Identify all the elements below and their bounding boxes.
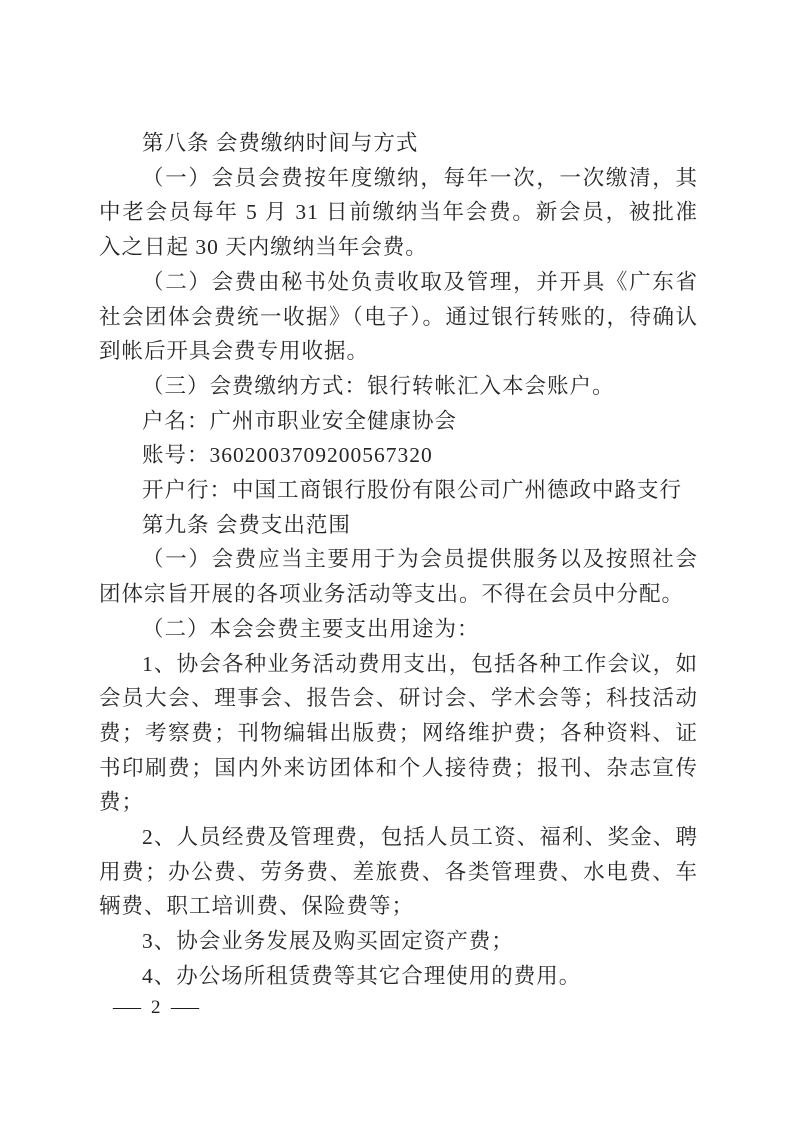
expense-item-4: 4、办公场所租赁费等其它合理使用的费用。 <box>99 959 698 994</box>
bank-branch-line: 开户行：中国工商银行股份有限公司广州德政中路支行 <box>99 473 698 508</box>
article-8-item-3: （三）会费缴纳方式：银行转帐汇入本会账户。 <box>99 369 698 404</box>
document-body: 第八条 会费缴纳时间与方式（一）会员会费按年度缴纳，每年一次，一次缴清，其中老会… <box>99 126 698 994</box>
article-9-heading: 第九条 会费支出范围 <box>99 508 698 543</box>
article-9-item-1: （一）会费应当主要用于为会员提供服务以及按照社会团体宗旨开展的各项业务活动等支出… <box>99 542 698 611</box>
account-name-line: 户名：广州市职业安全健康协会 <box>99 404 698 439</box>
article-8-heading: 第八条 会费缴纳时间与方式 <box>99 126 698 161</box>
expense-item-2: 2、人员经费及管理费，包括人员工资、福利、奖金、聘用费；办公费、劳务费、差旅费、… <box>99 820 698 924</box>
article-9-item-2: （二）本会会费主要支出用途为： <box>99 612 698 647</box>
footer-right-dash: — <box>171 996 199 1019</box>
page-number: 2 <box>151 997 161 1019</box>
article-8-item-1: （一）会员会费按年度缴纳，每年一次，一次缴清，其中老会员每年 5 月 31 日前… <box>99 161 698 265</box>
account-number-line: 账号：3602003709200567320 <box>99 438 698 473</box>
article-8-item-2: （二）会费由秘书处负责收取及管理，并开具《广东省社会团体会费统一收据》（电子）。… <box>99 265 698 369</box>
page-footer: — 2 — <box>117 996 195 1019</box>
expense-item-1: 1、协会各种业务活动费用支出，包括各种工作会议，如会员大会、理事会、报告会、研讨… <box>99 647 698 821</box>
footer-left-dash: — <box>113 996 141 1019</box>
document-page: 第八条 会费缴纳时间与方式（一）会员会费按年度缴纳，每年一次，一次缴清，其中老会… <box>0 0 793 1122</box>
expense-item-3: 3、协会业务发展及购买固定资产费； <box>99 924 698 959</box>
